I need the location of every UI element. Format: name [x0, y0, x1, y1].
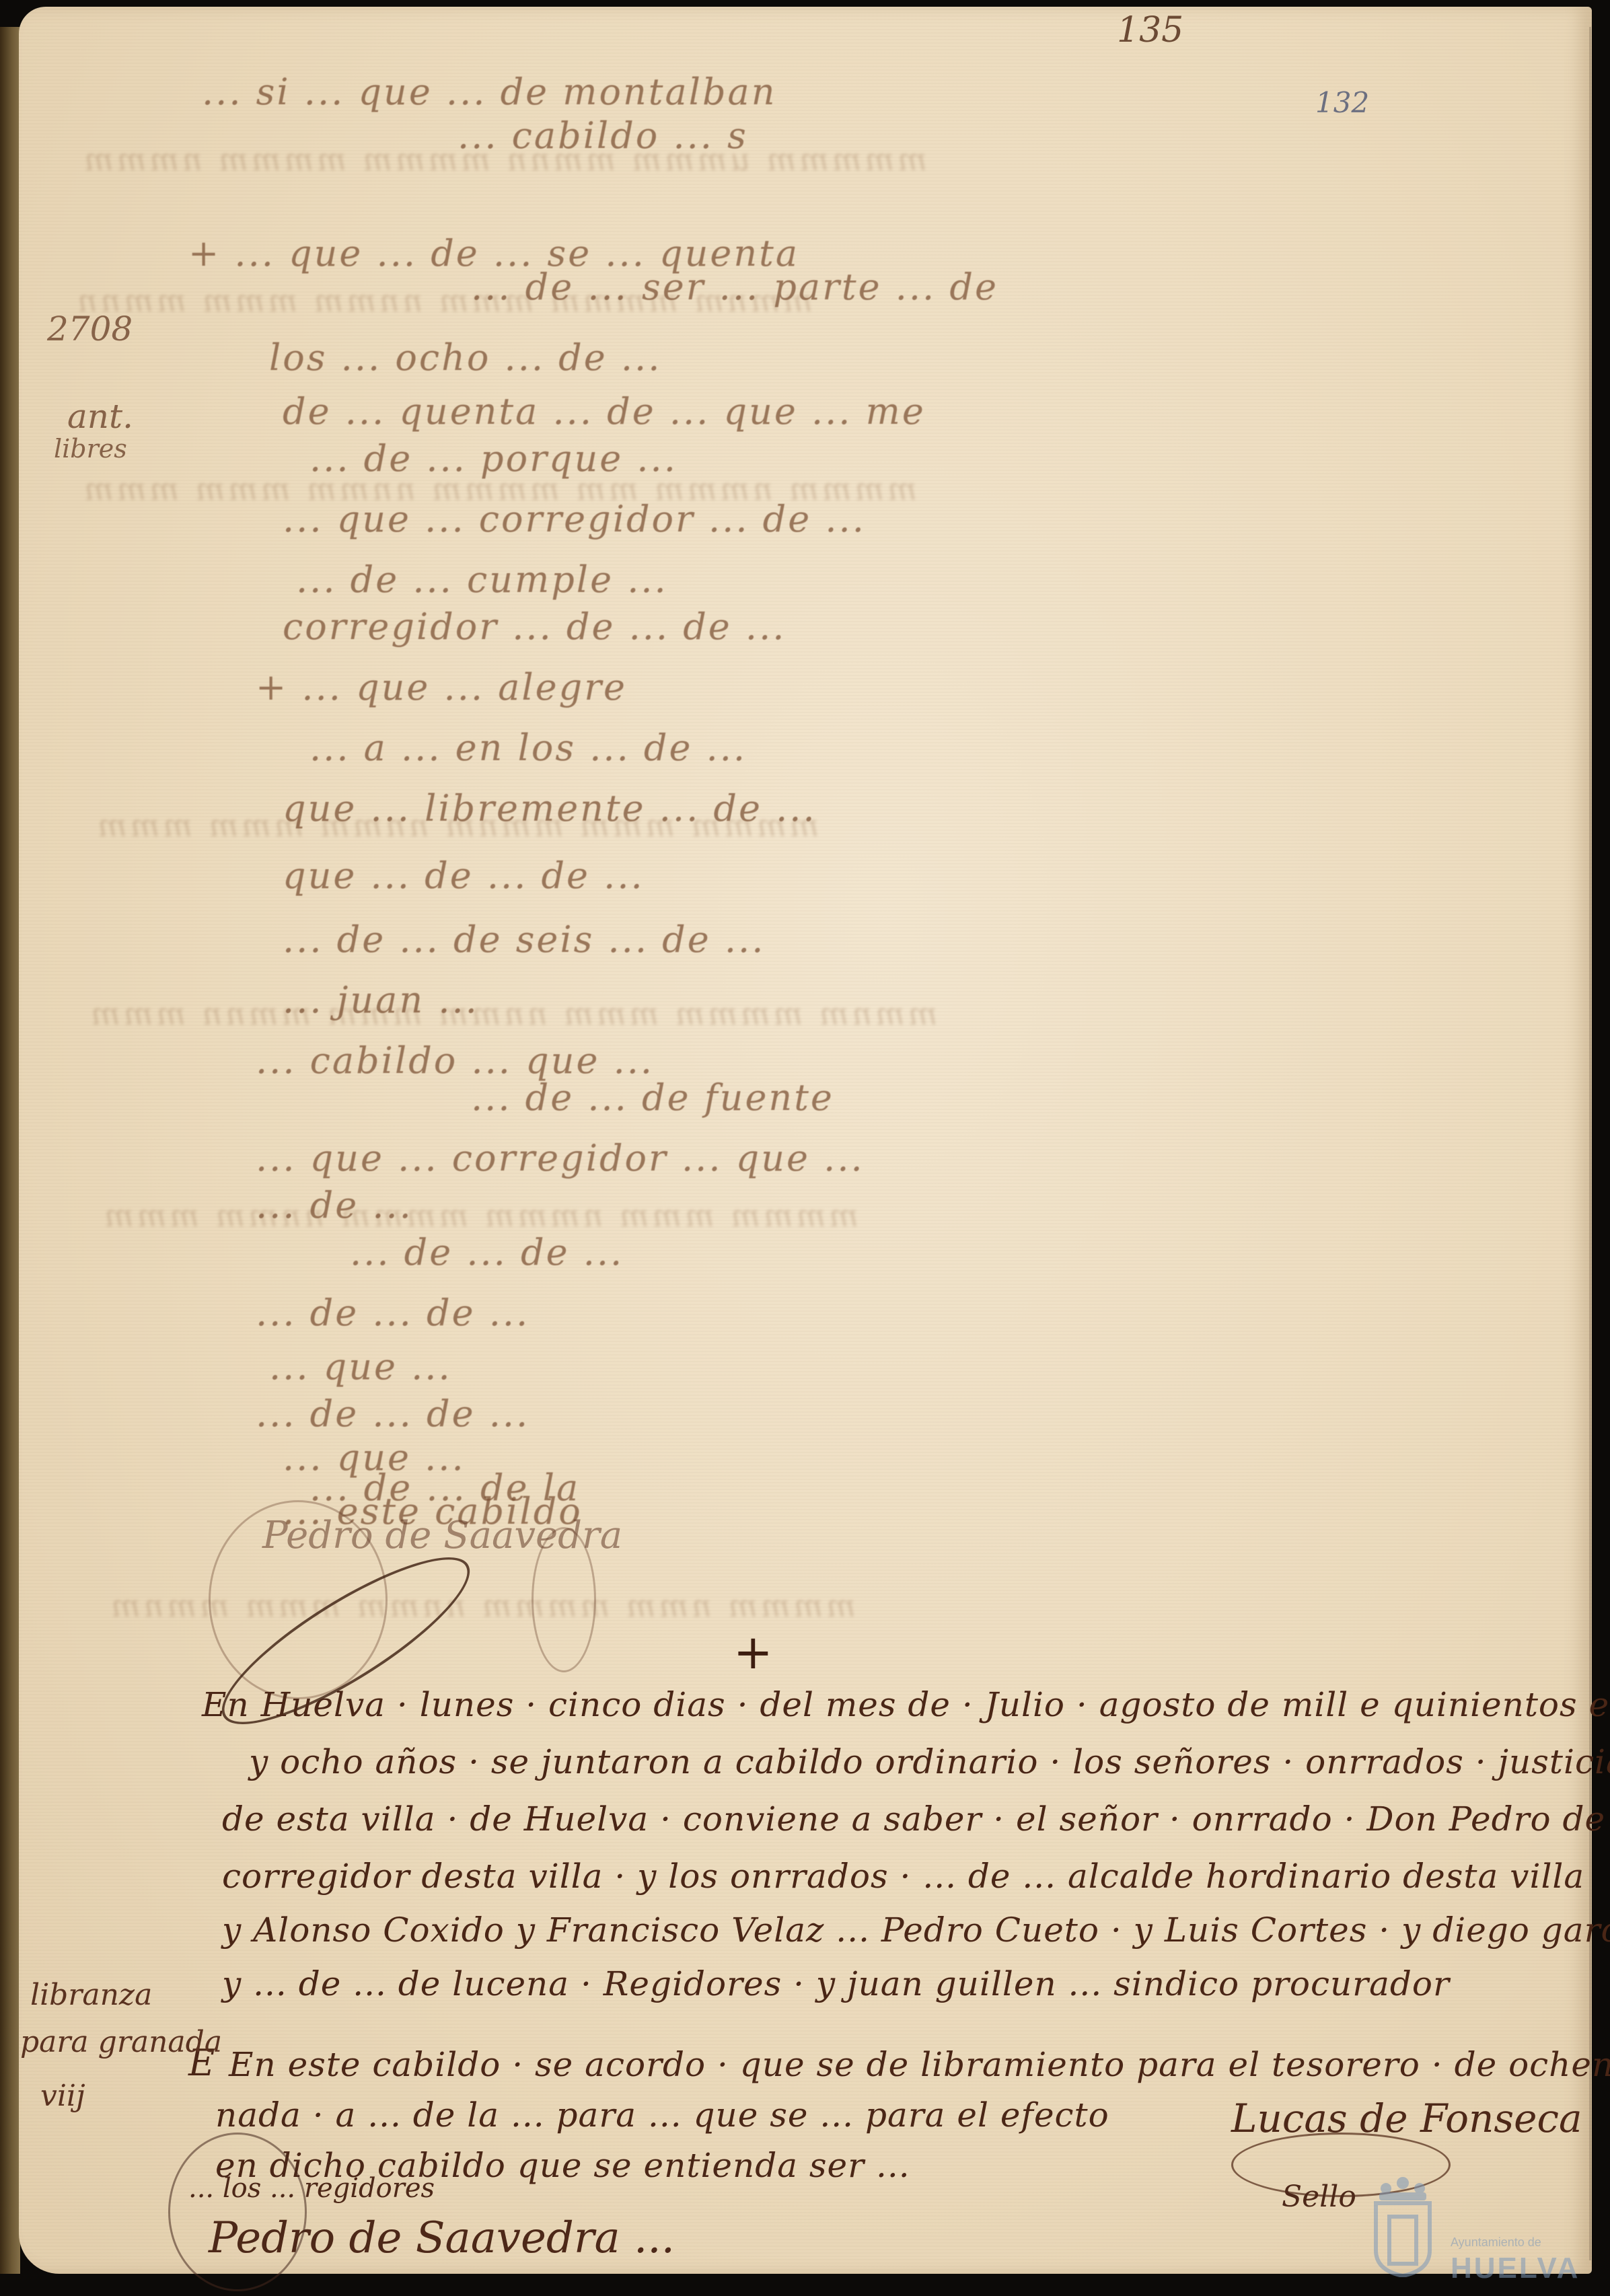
signature-flourish — [168, 2133, 307, 2291]
faded-line: corregidor ... de ... de ... — [283, 605, 786, 648]
margin-note: para granada — [20, 2025, 222, 2059]
folio-number-ink: 135 — [1117, 10, 1183, 50]
faded-line: ... juan ... — [283, 979, 479, 1021]
faded-line: ... a ... en los ... de ... — [309, 727, 747, 769]
margin-note: viij — [40, 2079, 85, 2113]
act-item-line: nada · a ... de la ... para ... que se .… — [215, 2096, 1109, 2135]
faded-line: ... cabildo ... que ... — [256, 1039, 654, 1082]
act-line: y Alonso Coxido y Francisco Velaz ... Pe… — [222, 1911, 1610, 1950]
faded-line: ... de ... de fuente — [471, 1076, 834, 1119]
act-line: y ... de ... de lucena · Regidores · y j… — [222, 1964, 1450, 2003]
faded-line: ... de ... de ... — [256, 1393, 529, 1435]
margin-note: ant. — [67, 397, 133, 436]
faded-signature: Pedro de Saavedra — [262, 1514, 622, 1557]
faded-line: ... de ... cumple ... — [296, 558, 668, 601]
faded-line: que ... libremente ... de ... — [283, 787, 817, 829]
faded-line: ... de ... — [256, 1184, 413, 1226]
faded-line: ... de ... porque ... — [309, 437, 678, 480]
faded-line: ... que ... corregidor ... que ... — [256, 1137, 865, 1179]
ayuntamiento-watermark: Ayuntamiento de HUELVA — [1339, 2163, 1581, 2291]
act-line: de esta villa · de Huelva · conviene a s… — [222, 1800, 1610, 1839]
faded-line: de ... quenta ... de ... que ... me — [283, 390, 926, 433]
huelva-coat-of-arms-icon — [1366, 2176, 1440, 2277]
book-spine — [0, 27, 20, 2274]
faded-line: + ... que ... alegre — [256, 666, 627, 708]
faded-line: ... que ... corregidor ... de ... — [283, 498, 866, 540]
act-line: corregidor desta villa · y los onrrados … — [222, 1857, 1584, 1896]
faded-line: ... de ... ser ... parte ... de — [471, 266, 998, 308]
margin-note: libranza — [30, 1978, 152, 2012]
faded-line: ... de ... de seis ... de ... — [283, 918, 765, 961]
section-cross: + — [733, 1625, 773, 1680]
act-line: En Huelva · lunes · cinco dias · del mes… — [202, 1685, 1610, 1724]
faded-line: ... de ... de ... — [256, 1292, 529, 1334]
faded-line: ... de ... de ... — [350, 1231, 624, 1273]
margin-note: libres — [54, 434, 127, 464]
act-line: y ocho años · se juntaron a cabildo ordi… — [249, 1742, 1610, 1781]
folio-number-pencil: 132 — [1315, 86, 1369, 119]
faded-line: ... cabildo ... s — [458, 114, 748, 157]
faded-line: que ... de ... de ... — [283, 854, 645, 897]
faded-line: ... que ... — [269, 1345, 452, 1388]
faded-line: ... si ... que ... de montalban — [202, 71, 776, 113]
watermark-line-2: HUELVA — [1451, 2252, 1580, 2285]
watermark-line-1: Ayuntamiento de — [1451, 2235, 1541, 2250]
act-item-line: En este cabildo · se acordo · que se de … — [229, 2045, 1610, 2084]
margin-note: 2708 — [47, 309, 133, 348]
scribe-signature: Lucas de Fonseca — [1231, 2096, 1582, 2141]
faded-line: los ... ocho ... de ... — [269, 336, 661, 379]
